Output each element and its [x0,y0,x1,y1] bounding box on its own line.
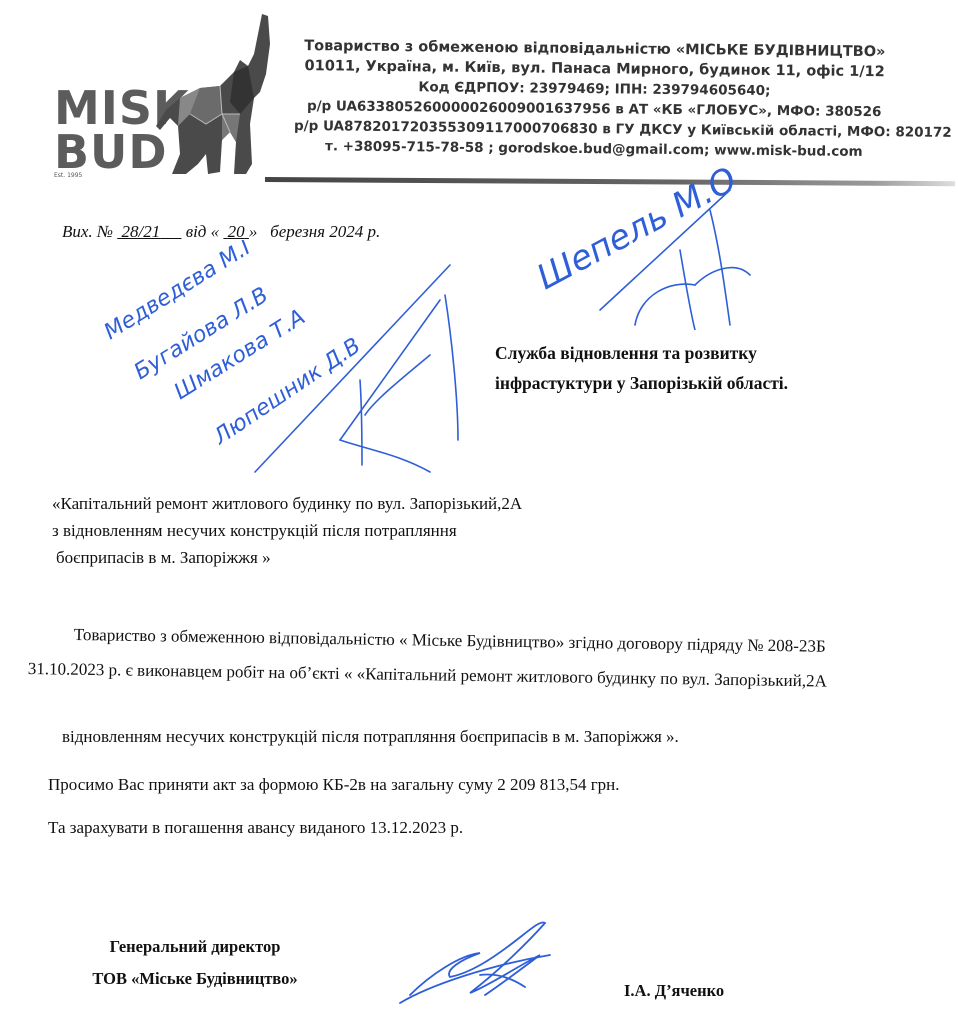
letterhead-divider [265,177,955,186]
company-details: Товариство з обмеженою відповідальністю … [294,36,895,162]
recipient: Служба відновлення та розвитку інфрастук… [495,338,788,398]
signatory-position: Генеральний директор [60,931,330,963]
body-request: Просимо Вас приняти акт за формою КБ-2в … [48,775,620,795]
svg-text:Шмакова Т.А: Шмакова Т.А [170,305,310,405]
logo-established: Est. 1995 [54,172,82,179]
subject: «Капітальний ремонт житлового будинку по… [52,490,522,571]
body-line-3: відновленням несучих конструкцій після п… [62,727,679,747]
recipient-line-1: Служба відновлення та розвитку [495,338,788,368]
signatory-company: ТОВ «Міське Будівництво» [60,963,330,995]
outgoing-prefix: Вих. № [62,222,113,241]
outgoing-from-label: від « [186,222,219,241]
elephant-icon [150,14,280,182]
body-line-1: Товариство з обмеженною відповідальністю… [74,625,826,657]
recipient-line-2: інфрастуктури у Запорізькій області. [495,368,788,398]
body-advance: Та зарахувати в погашення авансу виданог… [48,818,463,838]
outgoing-number: Вих. № 28/21 від « 20 » березня 2024 р. [62,222,380,242]
outgoing-close-quote: » [249,222,258,241]
subject-line-1: «Капітальний ремонт житлового будинку по… [52,490,522,517]
handwritten-resolution: Медведєва М.І Бугайова Л.В Шмакова Т.А Л… [100,240,480,480]
svg-text:Люпешник Д.В: Люпешник Д.В [209,333,366,450]
company-logo: MISK BUD Est. 1995 [50,14,280,182]
subject-line-3: боєприпасів в м. Запоріжжя » [52,544,522,571]
signatory-name: І.А. Д’яченко [624,981,724,1001]
signatory-title: Генеральний директор ТОВ «Міське Будівни… [60,931,330,995]
outgoing-date: березня 2024 р. [270,222,380,241]
handwritten-visa: Шепель М.О [520,150,780,330]
outgoing-day: 20 [223,222,249,241]
outgoing-number-value: 28/21 [117,222,181,241]
director-signature [390,915,570,1015]
svg-text:Бугайова Л.В: Бугайова Л.В [130,283,273,385]
body-line-2: 31.10.2023 р. є виконавцем робіт на об’є… [28,659,827,692]
svg-text:Медведєва М.І: Медведєва М.І [100,240,255,345]
subject-line-2: з відновленням несучих конструкцій після… [52,517,522,544]
